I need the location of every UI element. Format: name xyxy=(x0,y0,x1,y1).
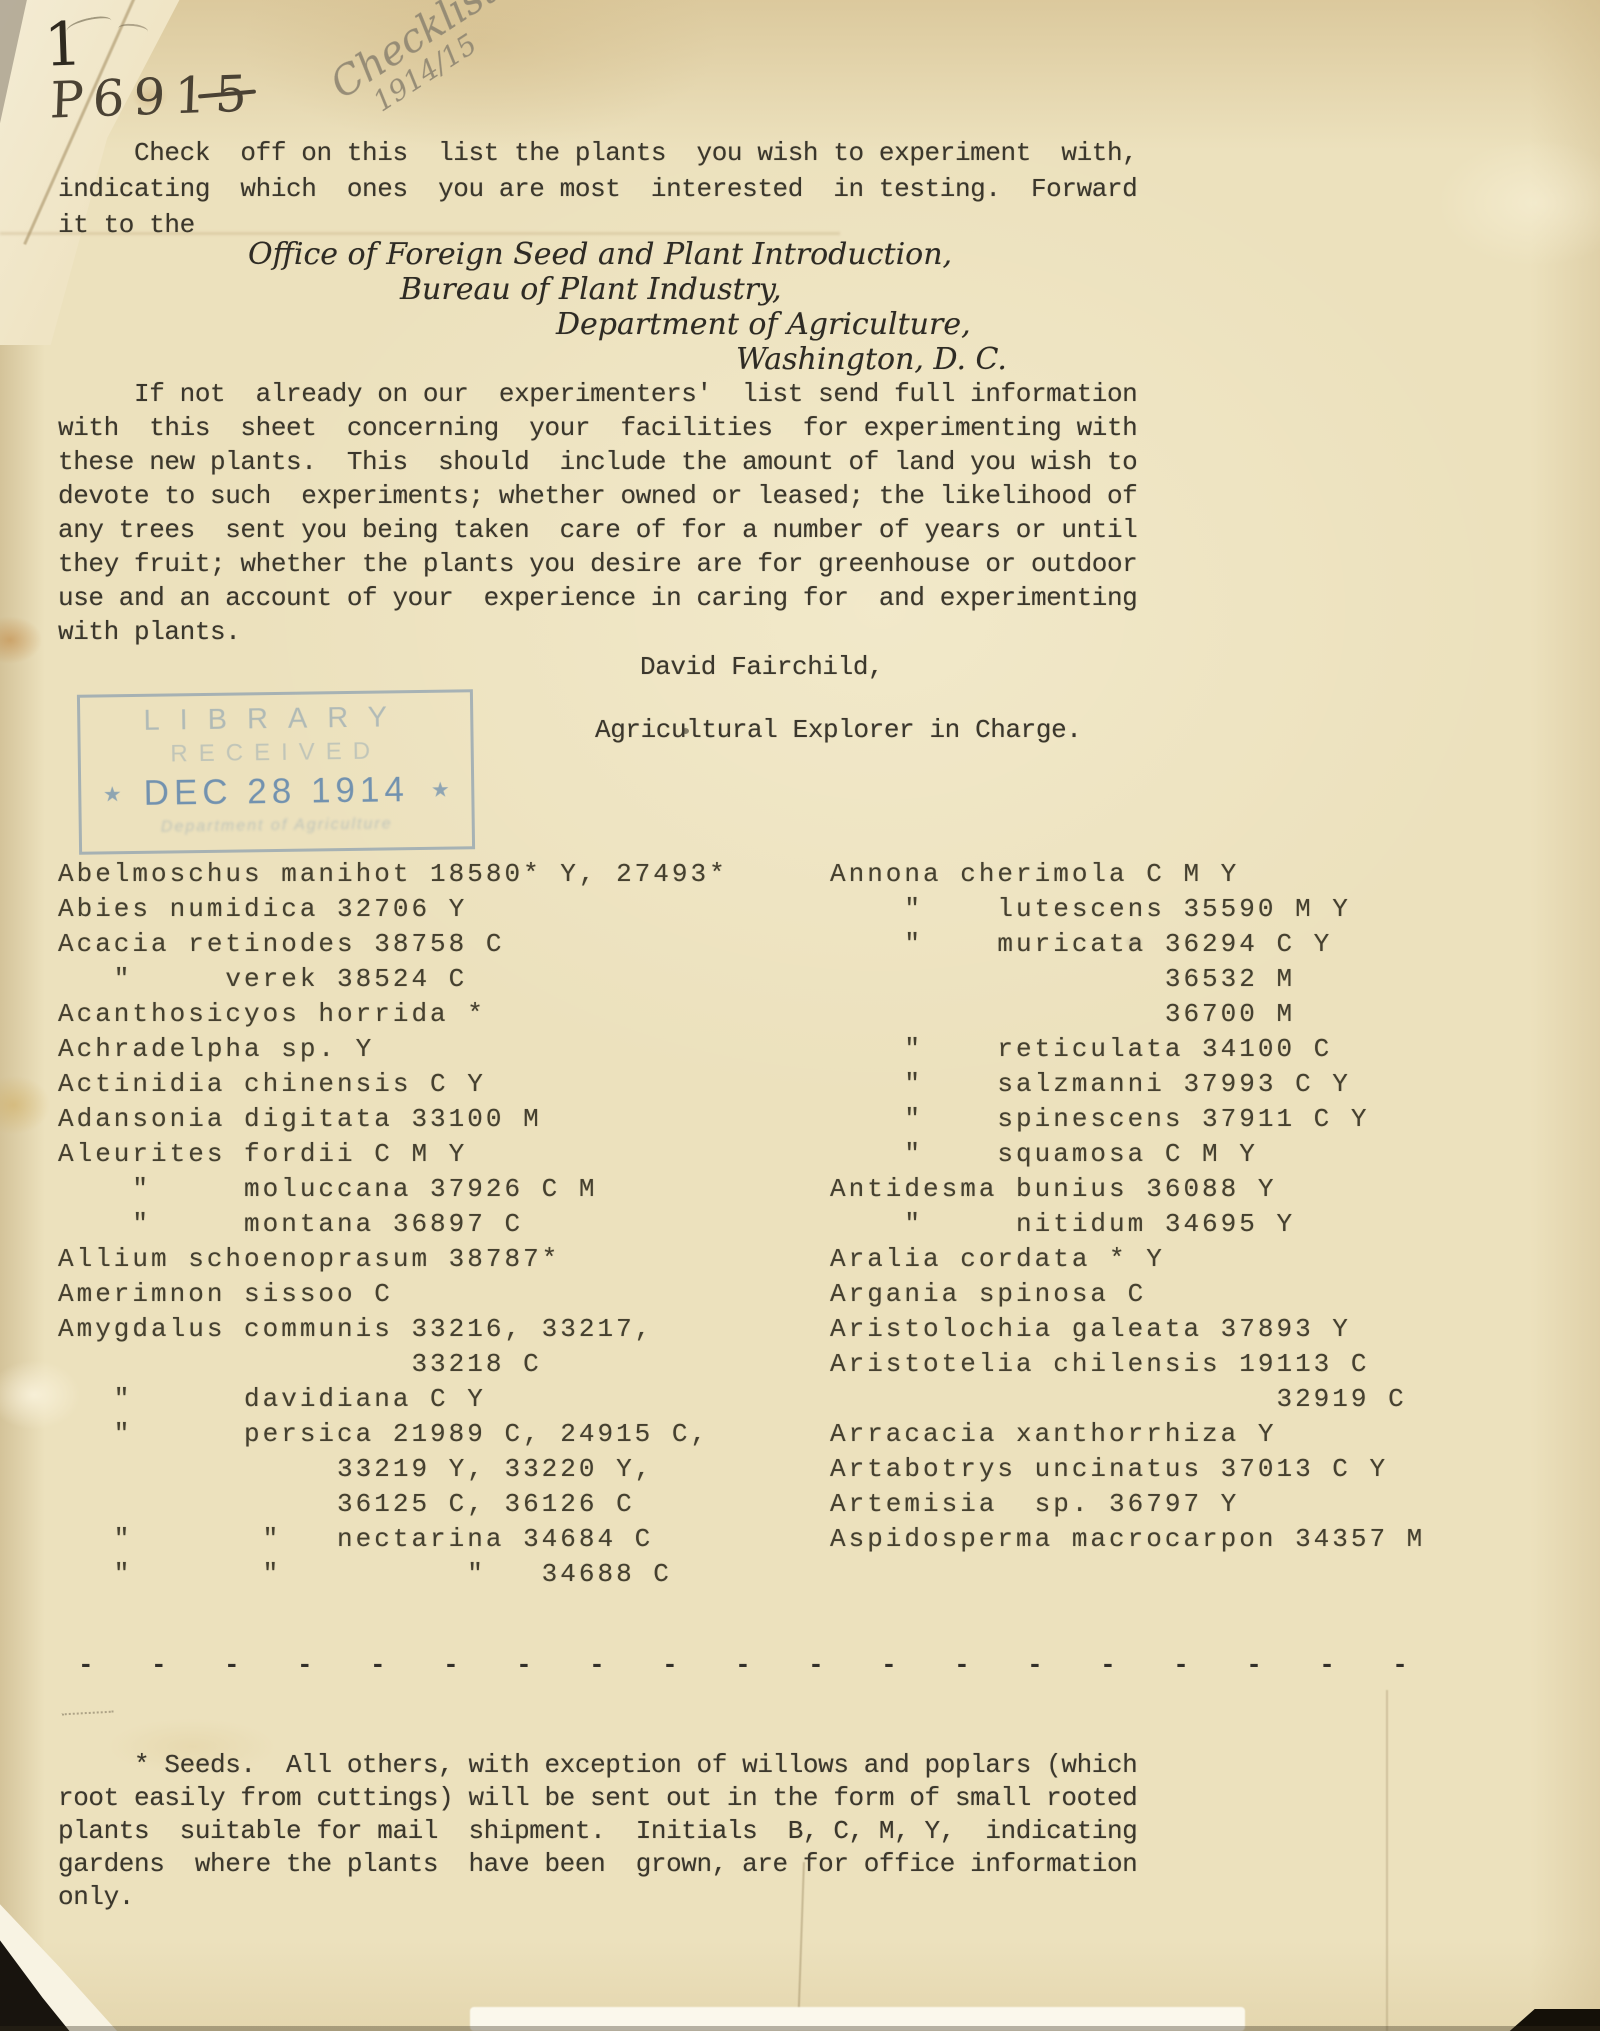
plant-list-line: " lutescens 35590 M Y xyxy=(830,892,1425,927)
typed-line: Check off on this list the plants you wi… xyxy=(58,135,1137,171)
info-paragraph: If not already on our experimenters' lis… xyxy=(58,377,1137,649)
stamp-library-text: LIBRARY xyxy=(143,699,407,739)
plant-list-line: Acanthosicyos horrida * xyxy=(58,997,728,1032)
address-line-department: Department of Agriculture, xyxy=(556,307,971,342)
plant-list-line: " " nectarina 34684 C xyxy=(58,1522,728,1557)
dashed-separator: - - - - - - - - - - - - - - - - - - - xyxy=(78,1650,1407,1680)
plant-list-line: 36125 C, 36126 C xyxy=(58,1487,728,1522)
pencil-smudge xyxy=(62,1711,115,1726)
plant-list-line: Adansonia digitata 33100 M xyxy=(58,1102,728,1137)
footnote-paragraph: * Seeds. All others, with exception of w… xyxy=(58,1749,1137,1914)
plant-list-line: Actinidia chinensis C Y xyxy=(58,1067,728,1102)
typed-line: devote to such experiments; whether owne… xyxy=(58,479,1137,513)
plant-list-line: " verek 38524 C xyxy=(58,962,728,997)
address-line-office: Office of Foreign Seed and Plant Introdu… xyxy=(248,237,952,272)
typed-line: indicating which ones you are most inter… xyxy=(58,171,1137,207)
stamp-received-text: RECEIVED xyxy=(170,736,381,771)
typed-line: with plants. xyxy=(58,615,1137,649)
stamp-agency-text: Department of Agriculture xyxy=(161,813,393,838)
paper-crease-vertical xyxy=(1386,1690,1388,2031)
plant-list-line: 32919 C xyxy=(830,1382,1425,1417)
plant-list-line: Annona cherimola C M Y xyxy=(830,857,1425,892)
stamp-date: DEC 28 1914 xyxy=(143,770,409,814)
signature-name: David Fairchild, xyxy=(640,652,883,682)
library-received-stamp: LIBRARY RECEIVED ★ DEC 28 1914 ★ Departm… xyxy=(77,689,475,855)
typed-line: plants suitable for mail shipment. Initi… xyxy=(58,1815,1137,1848)
plant-list-line: Argania spinosa C xyxy=(830,1277,1425,1312)
plant-list-line: Aleurites fordii C M Y xyxy=(58,1137,728,1172)
plant-list-line: 33218 C xyxy=(58,1347,728,1382)
plant-list-right-column: Annona cherimola C M Y " lutescens 35590… xyxy=(830,857,1425,1557)
plant-list-line: Aspidosperma macrocarpon 34357 M xyxy=(830,1522,1425,1557)
plant-list-line: " " " 34688 C xyxy=(58,1557,728,1592)
address-line-bureau: Bureau of Plant Industry, xyxy=(400,272,781,307)
plant-list-line: " nitidum 34695 Y xyxy=(830,1207,1425,1242)
plant-list-line: Artabotrys uncinatus 37013 C Y xyxy=(830,1452,1425,1487)
typed-line: only. xyxy=(58,1881,1137,1914)
page-bottom-edge xyxy=(0,2026,1600,2031)
pencil-note: Checklist 1914/15 xyxy=(324,0,522,132)
plant-list-line: 36532 M xyxy=(830,962,1425,997)
plant-list-line: " moluccana 37926 C M xyxy=(58,1172,728,1207)
signature-title: Agricultural Explorer in Charge. xyxy=(595,715,1081,745)
typed-line: with this sheet concerning your faciliti… xyxy=(58,411,1137,445)
plant-list-left-column: Abelmoschus manihot 18580* Y, 27493*Abie… xyxy=(58,857,728,1592)
plant-list-line: " reticulata 34100 C xyxy=(830,1032,1425,1067)
stamp-star-left: ★ xyxy=(103,782,122,807)
address-line-city: Washington, D. C. xyxy=(736,342,1007,377)
plant-list-line: 33219 Y, 33220 Y, xyxy=(58,1452,728,1487)
typed-line: If not already on our experimenters' lis… xyxy=(58,377,1137,411)
plant-list-line: Aristolochia galeata 37893 Y xyxy=(830,1312,1425,1347)
stamp-date-row: ★ DEC 28 1914 ★ xyxy=(103,767,450,818)
typed-line: gardens where the plants have been grown… xyxy=(58,1848,1137,1881)
typed-line: they fruit; whether the plants you desir… xyxy=(58,547,1137,581)
plant-list-line: Amerimnon sissoo C xyxy=(58,1277,728,1312)
handwritten-accession-number: P6915 xyxy=(49,64,257,129)
plant-list-line: " muricata 36294 C Y xyxy=(830,927,1425,962)
typed-line: any trees sent you being taken care of f… xyxy=(58,513,1137,547)
plant-list-line: 36700 M xyxy=(830,997,1425,1032)
plant-list-line: Aralia cordata * Y xyxy=(830,1242,1425,1277)
plant-list-line: " squamosa C M Y xyxy=(830,1137,1425,1172)
plant-list-line: Artemisia sp. 36797 Y xyxy=(830,1487,1425,1522)
stamp-star-right: ★ xyxy=(431,777,450,802)
typed-line: these new plants. This should include th… xyxy=(58,445,1137,479)
plant-list-line: " salzmanni 37993 C Y xyxy=(830,1067,1425,1102)
typed-line: use and an account of your experience in… xyxy=(58,581,1137,615)
plant-list-line: Abies numidica 32706 Y xyxy=(58,892,728,927)
typed-line: * Seeds. All others, with exception of w… xyxy=(58,1749,1137,1782)
typed-line: root easily from cuttings) will be sent … xyxy=(58,1782,1137,1815)
plant-list-line: Antidesma bunius 36088 Y xyxy=(830,1172,1425,1207)
plant-list-line: Aristotelia chilensis 19113 C xyxy=(830,1347,1425,1382)
plant-list-line: Amygdalus communis 33216, 33217, xyxy=(58,1312,728,1347)
scanned-document-page: 1 P6915 Checklist 1914/15 Check off on t… xyxy=(0,0,1600,2031)
plant-list-line: Acacia retinodes 38758 C xyxy=(58,927,728,962)
plant-list-line: Arracacia xanthorrhiza Y xyxy=(830,1417,1425,1452)
plant-list-line: " persica 21989 C, 24915 C, xyxy=(58,1417,728,1452)
intro-paragraph: Check off on this list the plants you wi… xyxy=(58,135,1137,243)
plant-list-line: Abelmoschus manihot 18580* Y, 27493* xyxy=(58,857,728,892)
plant-list-line: " montana 36897 C xyxy=(58,1207,728,1242)
plant-list-line: Achradelpha sp. Y xyxy=(58,1032,728,1067)
plant-list-line: Allium schoenoprasum 38787* xyxy=(58,1242,728,1277)
plant-list-line: " spinescens 37911 C Y xyxy=(830,1102,1425,1137)
plant-list-line: " davidiana C Y xyxy=(58,1382,728,1417)
